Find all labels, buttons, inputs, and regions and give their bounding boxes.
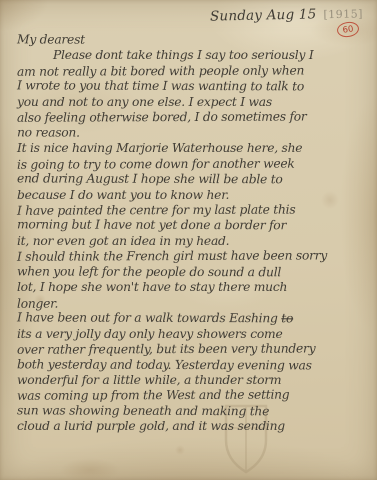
letter-line: was coming up from the West and the sett… [17,388,371,405]
letter-line: morning but I have not yet done a border… [17,218,371,235]
date-line: Sunday Aug 15[1915] [210,5,363,24]
letter-line: wonderful for a little while, a thunder … [17,373,371,388]
letter-line: cloud a lurid purple gold, and it was se… [17,419,371,434]
date-text: Sunday Aug 15 [210,6,317,24]
letter-line: I should think the French girl must have… [17,249,371,266]
letter-line: I wrote to you that time I was wanting t… [17,79,371,96]
letter-line: no reason. [17,125,371,142]
letter-line: both yesterday and today. Yesterday even… [17,357,371,374]
letter-line: because I do want you to know her. [17,188,371,203]
struck-word: to [281,311,293,325]
salutation: My dearest [17,32,371,49]
letter-line: is going to try to come down for another… [17,156,371,173]
letter-page: { "letter": { "date_line": "Sunday Aug 1… [0,0,377,480]
letter-line: it, nor even got an idea in my head. [17,234,371,249]
letter-line: also feeling otherwise bored, I do somet… [17,109,371,126]
letter-line: I have been out for a walk towards Eashi… [17,311,371,328]
letter-line: its a very jolly day only heavy showers … [17,327,371,342]
letter-line: over rather frequently, but its been ver… [17,341,371,358]
letter-line: Please dont take things I say too seriou… [17,48,371,63]
letter-line: when you left for the people do sound a … [17,264,371,281]
letter-line: lot, I hope she won't have to stay there… [17,280,371,295]
letter-line: end during August I hope she will be abl… [17,171,371,188]
letter-line: sun was showing beneath and making the [17,403,371,420]
year-annotation: [1915] [323,7,363,21]
letter-line: It is nice having Marjorie Waterhouse he… [17,141,371,156]
letter-line: you and not to any one else. I expect I … [17,95,371,110]
letter-line: longer. [17,295,371,312]
letter-body: My dearest Please dont take things I say… [17,33,371,435]
